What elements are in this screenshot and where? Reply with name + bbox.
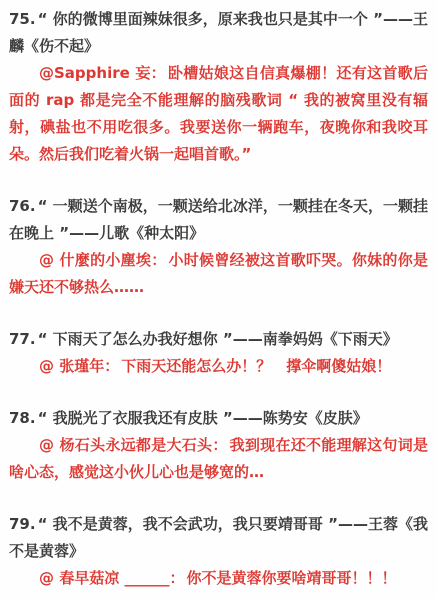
entry-number: 76. xyxy=(9,197,36,215)
quote-paragraph: 75.“ 你的微博里面辣妹很多，原来我也只是其中一个 ”——王麟《伤不起》 xyxy=(9,6,428,60)
comment-author: @ 张瑾年： xyxy=(39,357,119,375)
comment-author: @Sapphire 妄： xyxy=(39,64,166,82)
comment-author: @ 杨石头永远都是大石头： xyxy=(39,436,228,454)
comment-text: 你不是黄蓉你要啥靖哥哥！！！ xyxy=(186,569,396,587)
comment-author: @ 什麼的小塵埃： xyxy=(39,251,166,269)
quote-paragraph: 76.“ 一颗送个南极，一颗送给北冰洋，一颗挂在冬天，一颗挂在晚上 ”——儿歌《… xyxy=(9,193,428,247)
quote-text: “ 一颗送个南极，一颗送给北冰洋，一颗挂在冬天，一颗挂在晚上 ”——儿歌《种太阳… xyxy=(9,197,428,242)
comment-paragraph: @Sapphire 妄：卧槽姑娘这自信真爆棚！还有这首歌后面的 rap 都是完全… xyxy=(9,60,428,168)
comment-paragraph: @ 春早菇凉 ______：你不是黄蓉你要啥靖哥哥！！！ xyxy=(9,565,428,592)
quote-paragraph: 77.“ 下雨天了怎么办我好想你 ”——南拳妈妈《下雨天》 xyxy=(9,326,428,353)
comment-paragraph: @ 张瑾年：下雨天还能怎么办！？ 撑伞啊傻姑娘！ xyxy=(9,353,428,380)
entry-number: 78. xyxy=(9,409,36,427)
quote-text: “ 我不是黄蓉，我不会武功，我只要靖哥哥 ”——王蓉《我不是黄蓉》 xyxy=(9,515,428,560)
quote-entry-79: 79.“ 我不是黄蓉，我不会武功，我只要靖哥哥 ”——王蓉《我不是黄蓉》 @ 春… xyxy=(9,511,428,592)
comment-paragraph: @ 杨石头永远都是大石头：我到现在还不能理解这句词是啥心态，感觉这小伙儿心也是够… xyxy=(9,432,428,486)
quote-entry-75: 75.“ 你的微博里面辣妹很多，原来我也只是其中一个 ”——王麟《伤不起》 @S… xyxy=(9,6,428,168)
quote-entry-78: 78.“ 我脱光了衣服我还有皮肤 ”——陈势安《皮肤》 @ 杨石头永远都是大石头… xyxy=(9,405,428,486)
quote-paragraph: 78.“ 我脱光了衣服我还有皮肤 ”——陈势安《皮肤》 xyxy=(9,405,428,432)
quote-entry-77: 77.“ 下雨天了怎么办我好想你 ”——南拳妈妈《下雨天》 @ 张瑾年：下雨天还… xyxy=(9,326,428,380)
quote-paragraph: 79.“ 我不是黄蓉，我不会武功，我只要靖哥哥 ”——王蓉《我不是黄蓉》 xyxy=(9,511,428,565)
quote-entry-76: 76.“ 一颗送个南极，一颗送给北冰洋，一颗挂在冬天，一颗挂在晚上 ”——儿歌《… xyxy=(9,193,428,301)
comment-text: 下雨天还能怎么办！？ 撑伞啊傻姑娘！ xyxy=(121,357,391,375)
entry-number: 77. xyxy=(9,330,36,348)
quotes-document: 75.“ 你的微博里面辣妹很多，原来我也只是其中一个 ”——王麟《伤不起》 @S… xyxy=(0,0,437,599)
comment-paragraph: @ 什麼的小塵埃：小时候曾经被这首歌吓哭。你妹的你是嫌天还不够热么…… xyxy=(9,247,428,301)
quote-text: “ 下雨天了怎么办我好想你 ”——南拳妈妈《下雨天》 xyxy=(38,330,398,348)
comment-author: @ 春早菇凉 ______： xyxy=(39,569,184,587)
entry-number: 79. xyxy=(9,515,36,533)
entry-number: 75. xyxy=(9,10,36,28)
quote-text: “ 我脱光了衣服我还有皮肤 ”——陈势安《皮肤》 xyxy=(38,409,368,427)
quote-text: “ 你的微博里面辣妹很多，原来我也只是其中一个 ”——王麟《伤不起》 xyxy=(9,10,428,55)
